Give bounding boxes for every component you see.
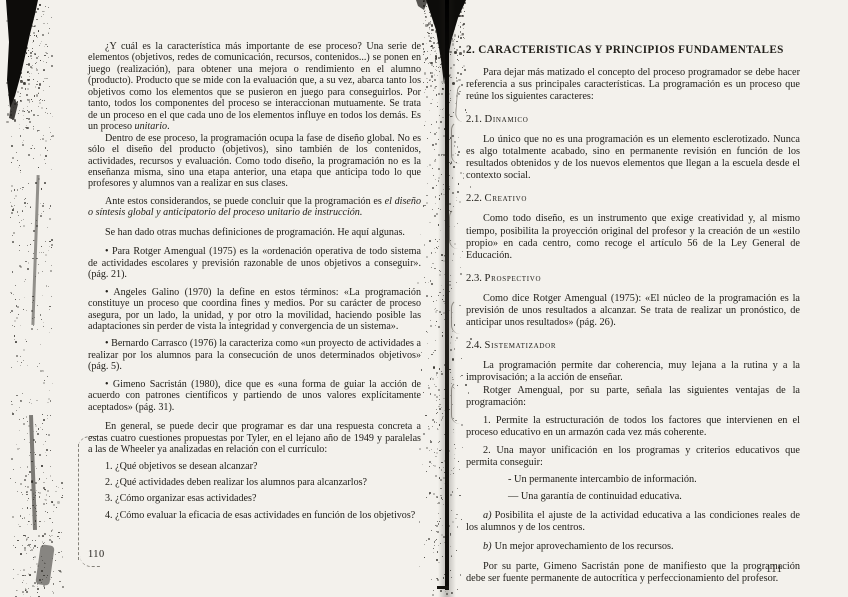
section-label: 2.3.: [466, 273, 482, 284]
section-label: 2.2.: [466, 193, 482, 204]
definition-bullet: • Para Rotger Amengual (1975) es la «ord…: [88, 246, 421, 280]
scan-streak: [31, 175, 39, 325]
spine-hook: [437, 586, 449, 589]
tyler-question: 1. ¿Qué objetivos se desean alcanzar?: [88, 461, 421, 472]
section-title: Creativo: [485, 193, 528, 204]
definition-bullet: • Bernardo Carrasco (1976) la caracteriz…: [88, 338, 421, 372]
paragraph: Para dejar más matizado el concepto del …: [466, 67, 800, 103]
spine-shadow: [438, 0, 456, 597]
item-letter: b): [483, 541, 492, 552]
section-label: 2.4.: [466, 340, 482, 351]
paragraph: La programación permite dar coherencia, …: [466, 360, 800, 384]
tyler-question: 2. ¿Qué actividades deben realizar los a…: [88, 477, 421, 488]
paragraph-text: ¿Y cuál es la característica más importa…: [88, 41, 421, 132]
tyler-question: 4. ¿Cómo evaluar la eficacia de esas act…: [88, 510, 421, 521]
paragraph: ¿Y cuál es la característica más importa…: [88, 41, 421, 133]
paragraph: Como todo diseño, es un instrumento que …: [466, 213, 800, 261]
chapter-heading: 2. CARACTERISTICAS Y PRINCIPIOS FUNDAMEN…: [466, 44, 800, 56]
spine-noise: [414, 0, 472, 597]
section-title: Dinamico: [485, 114, 529, 125]
lettered-item: b)Un mejor aprovechamiento de los recurs…: [466, 541, 800, 553]
paragraph-text: Ante estos considerandos, se puede concl…: [105, 196, 385, 207]
pencil-brace: [451, 121, 460, 164]
scan-streak: [35, 544, 54, 586]
page-number-right: 111: [766, 564, 782, 575]
scan-edge-blob: [2, 0, 46, 120]
pencil-brace: [455, 83, 467, 123]
section-title: Prospectivo: [485, 273, 542, 284]
pencil-brace: [451, 299, 460, 334]
scan-edge-noise: [2, 0, 72, 597]
left-page: ¿Y cuál es la característica más importa…: [88, 41, 421, 521]
pencil-brace: [449, 208, 458, 249]
section-heading: 2.4. Sistematizador: [466, 340, 800, 352]
section-title: Sistematizador: [485, 340, 557, 351]
paragraph: Por su parte, Gimeno Sacristán pone de m…: [466, 561, 800, 585]
spine-top-blob: [414, 0, 472, 90]
section-label: 2.1.: [466, 114, 482, 125]
paragraph: Lo único que no es una programación es u…: [466, 134, 800, 182]
section-heading: 2.2. Creativo: [466, 193, 800, 205]
pencil-bracket-line: [78, 444, 79, 560]
book-scan: ¿Y cuál es la característica más importa…: [0, 0, 848, 597]
paragraph: Se han dado otras muchas definiciones de…: [88, 227, 421, 238]
item-letter: a): [483, 510, 492, 521]
page-number-left: 110: [88, 549, 105, 560]
section-heading: 2.1. Dinamico: [466, 114, 800, 126]
paragraph: Dentro de ese proceso, la programación o…: [88, 133, 421, 190]
paragraph-text: .: [167, 121, 170, 132]
scan-streak: [29, 415, 37, 530]
item-text: Un mejor aprovechamiento de los recursos…: [495, 541, 674, 552]
sub-item: — Una garantía de continuidad educativa.: [508, 491, 800, 503]
definition-bullet: • Gimeno Sacristán (1980), dice que es «…: [88, 379, 421, 413]
italic-term: unitario: [135, 121, 168, 132]
lettered-item: a)Posibilita el ajuste de la actividad e…: [466, 510, 800, 534]
advantage-item: 2. Una mayor unificación en los programa…: [466, 445, 800, 469]
paragraph: Rotger Amengual, por su parte, señala la…: [466, 385, 800, 409]
section-heading: 2.3. Prospectivo: [466, 273, 800, 285]
spine-line: [445, 0, 449, 590]
pencil-brace: [451, 381, 460, 424]
sub-item: - Un permanente intercambio de informaci…: [508, 474, 800, 486]
tyler-question: 3. ¿Cómo organizar esas actividades?: [88, 493, 421, 504]
paragraph: En general, se puede decir que programar…: [88, 421, 421, 455]
definition-bullet: • Angeles Galino (1970) la define en est…: [88, 287, 421, 333]
paragraph: Ante estos considerandos, se puede concl…: [88, 196, 421, 219]
item-text: Posibilita el ajuste de la actividad edu…: [466, 510, 800, 533]
advantage-item: 1. Permite la estructuración de todos lo…: [466, 415, 800, 439]
paragraph: Como dice Rotger Amengual (1975): «El nú…: [466, 293, 800, 329]
right-page: 2. CARACTERISTICAS Y PRINCIPIOS FUNDAMEN…: [466, 44, 800, 585]
